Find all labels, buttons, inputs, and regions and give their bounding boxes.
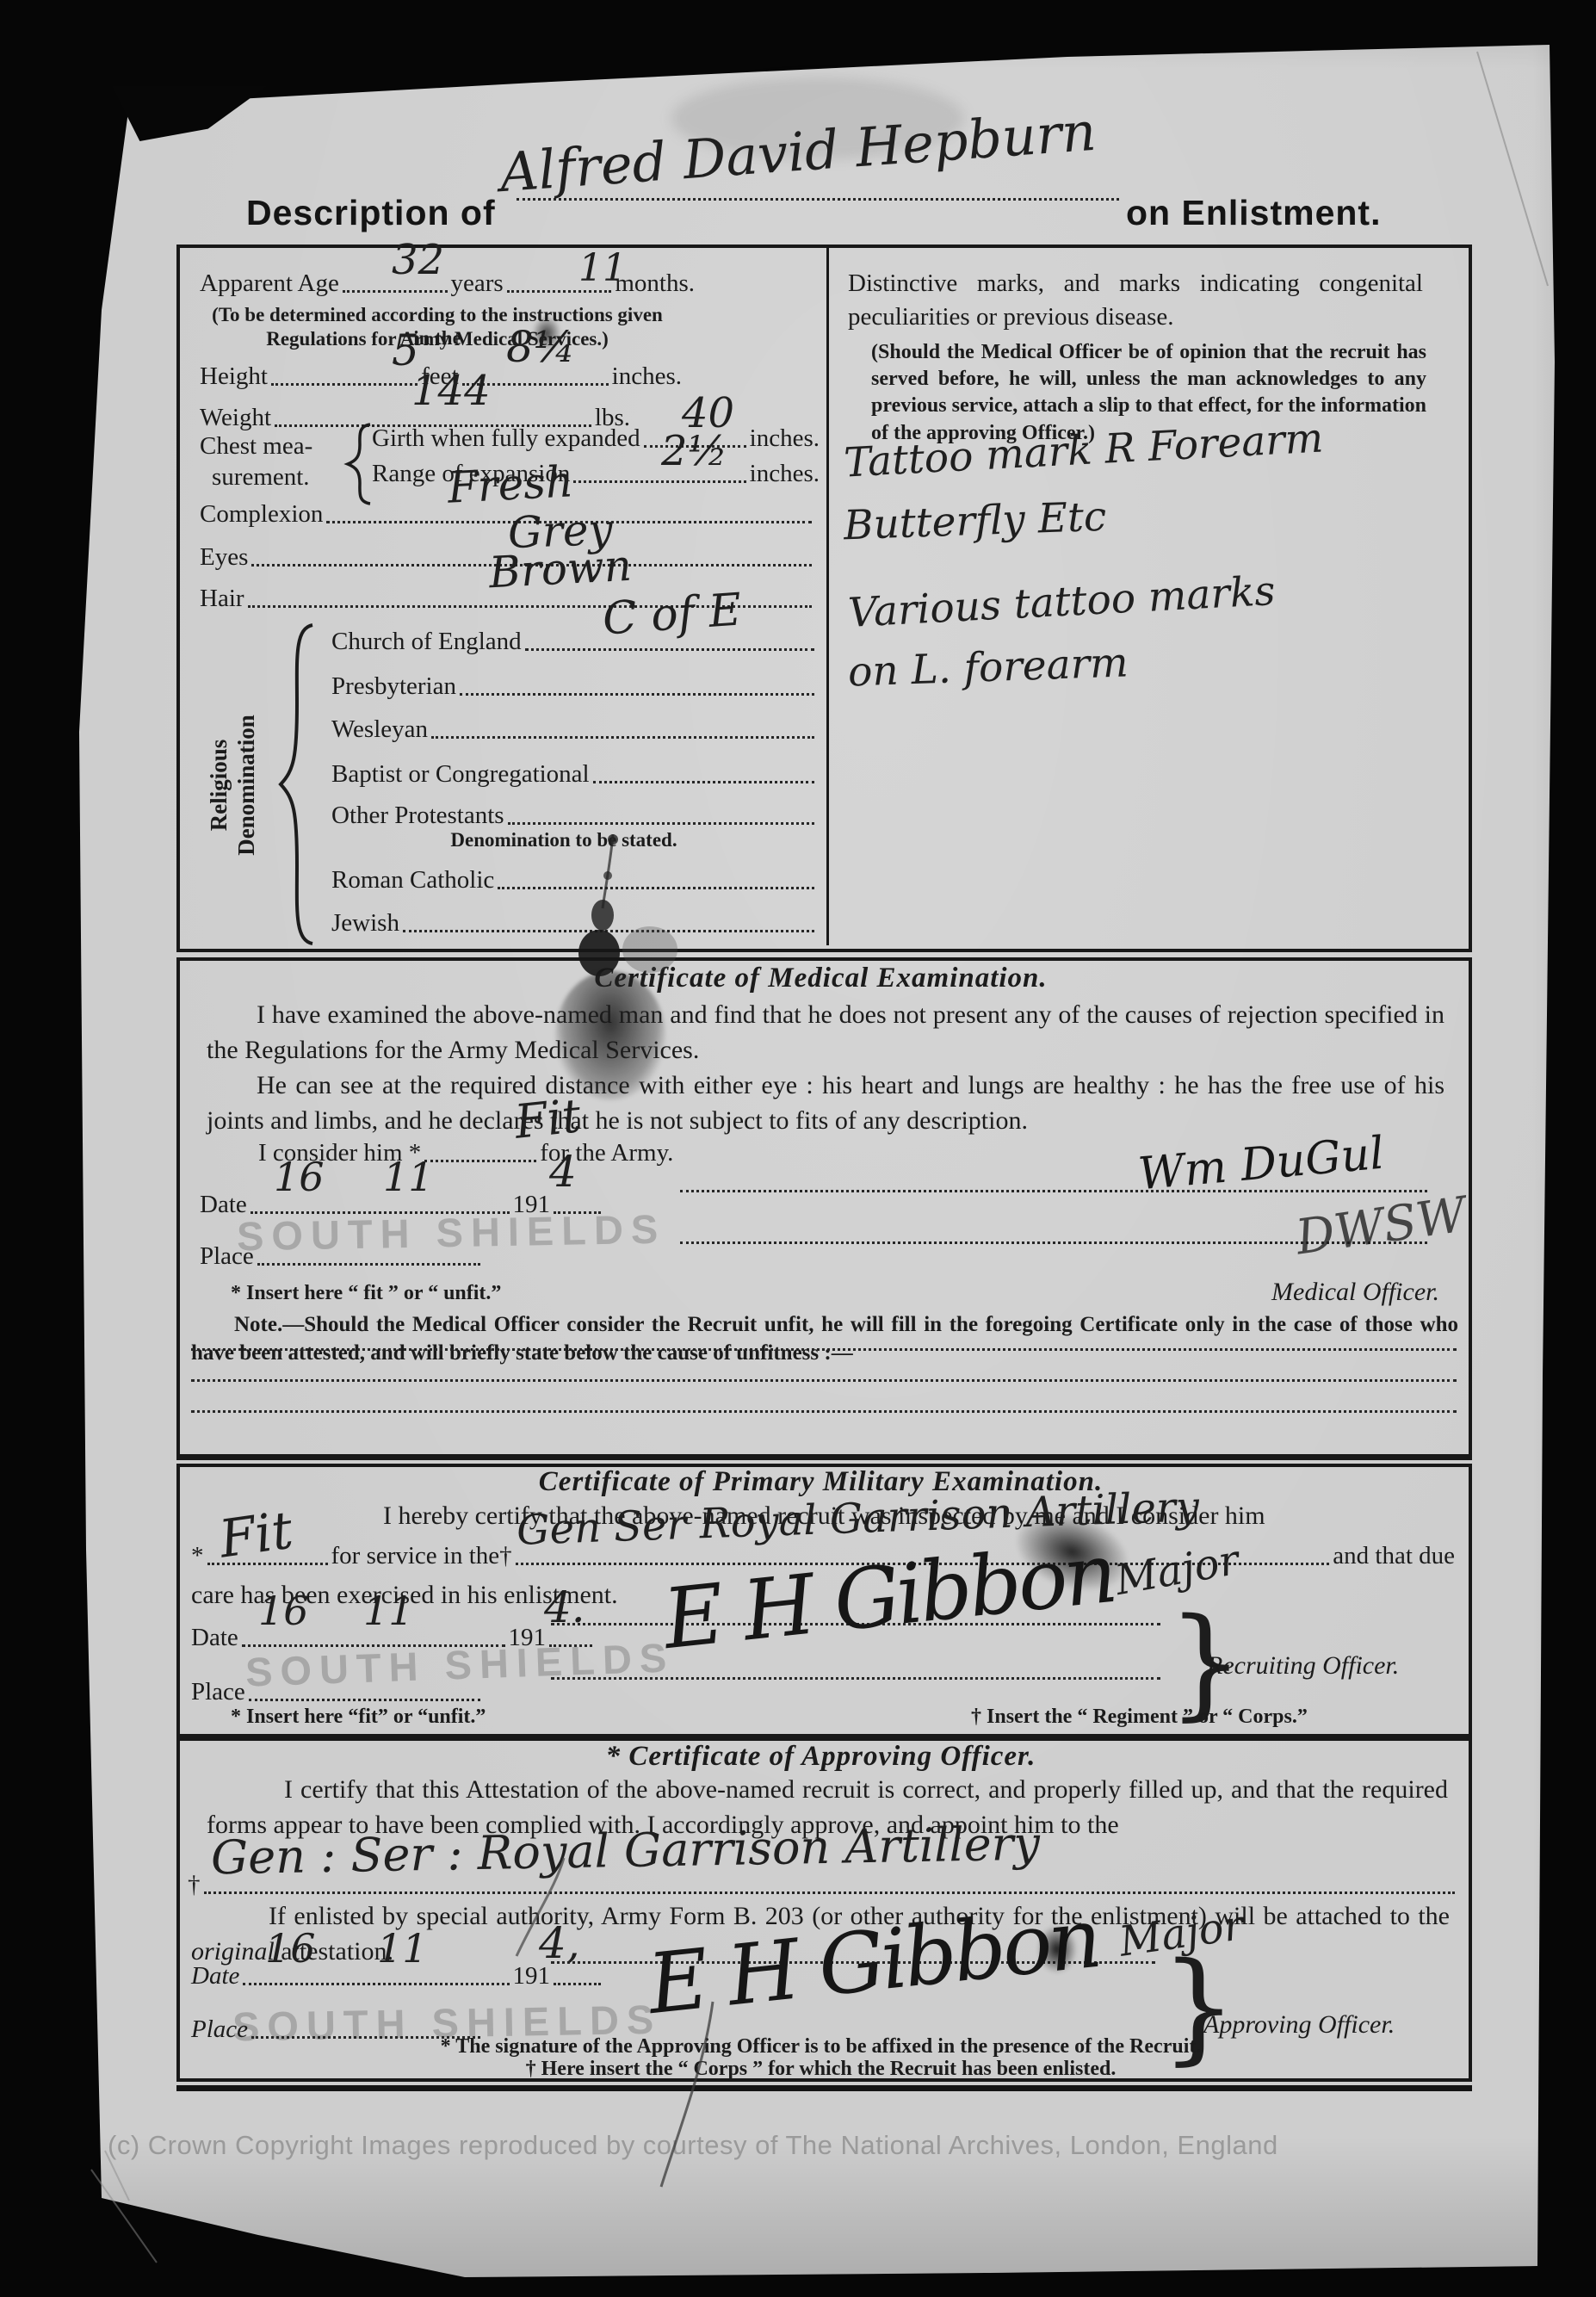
scanned-enlistment-form: Description of on Enlistment. Alfred Dav…: [0, 0, 1596, 2297]
pen-stroke-marks: [0, 0, 1596, 2297]
